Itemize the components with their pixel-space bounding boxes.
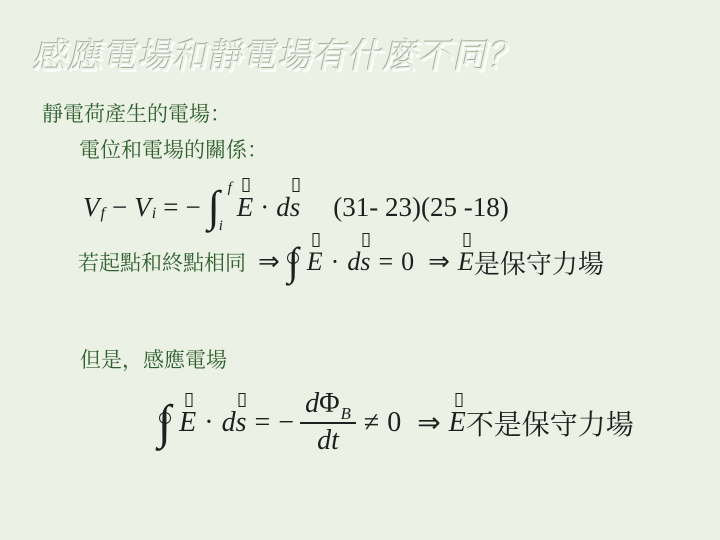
equals-sign: = xyxy=(255,407,271,439)
condition-text: 若起點和終點相同 xyxy=(78,247,246,277)
conservative-text: 是保守力場 xyxy=(474,244,604,281)
missing-glyph-box-icon xyxy=(363,233,370,247)
equals-sign: = xyxy=(163,192,178,223)
integral-upper-limit: f xyxy=(228,181,232,196)
minus-sign: − xyxy=(112,192,127,223)
implies-arrow: ⇒ xyxy=(258,247,280,277)
conservative-field-line: 若起點和終點相同 ⇒ ∫ E · ds = 0 ⇒ E 是保守力場 xyxy=(78,234,604,290)
conclusion-conservative: E 是保守力場 xyxy=(458,244,604,281)
vector-E: E xyxy=(237,192,254,223)
missing-glyph-box-icon xyxy=(464,233,471,247)
zero-value: 0 xyxy=(401,247,414,277)
dot-operator: · xyxy=(204,407,213,439)
slide-title: 感應電場和靜電場有什麼不同？ xyxy=(30,36,529,78)
equation-reference: (31- 23)(25 -18) xyxy=(333,192,508,223)
dot-operator: · xyxy=(331,247,340,277)
flux-derivative-fraction: dΦB dt xyxy=(300,389,356,457)
term-ds: ds xyxy=(222,407,247,439)
not-equal-sign: ≠ xyxy=(364,407,379,439)
zero-value: 0 xyxy=(387,407,401,439)
integral-lower-limit: i xyxy=(219,219,223,234)
vector-s: s xyxy=(290,192,301,223)
term-ds: ds xyxy=(347,247,370,277)
slide: 感應電場和靜電場有什麼不同？ 靜電荷產生的電場： 電位和電場的關係： Vf − … xyxy=(0,0,720,540)
conclusion-nonconservative: E 不是保守力場 xyxy=(449,403,634,443)
vector-E: E xyxy=(307,247,323,277)
fraction-numerator: dΦB xyxy=(300,389,356,422)
equals-sign: = xyxy=(378,247,393,277)
term-Vi: Vi xyxy=(134,192,156,223)
dot-operator: · xyxy=(260,192,269,223)
implies-arrow: ⇒ xyxy=(428,247,450,277)
contour-ring-icon xyxy=(287,252,299,264)
vector-s: s xyxy=(360,247,370,277)
equation-potential-integral: Vf − Vi = − ∫ f i E · ds (31- 23)(25 -18… xyxy=(83,178,509,236)
contour-integral-sign: ∫ xyxy=(158,399,171,447)
missing-glyph-box-icon xyxy=(455,393,462,407)
vector-E: E xyxy=(179,407,196,439)
missing-glyph-box-icon xyxy=(292,178,299,192)
implies-arrow: ⇒ xyxy=(417,406,440,440)
term-Vf: Vf xyxy=(83,192,105,223)
contour-ring-icon xyxy=(159,412,171,424)
missing-glyph-box-icon xyxy=(238,393,245,407)
vector-E: E xyxy=(449,407,466,439)
negative-sign: − xyxy=(278,407,294,439)
integral-sign-with-limits: ∫ f i xyxy=(208,185,230,229)
fraction-denominator: dt xyxy=(300,422,356,457)
nonconservative-text: 不是保守力場 xyxy=(466,403,634,443)
term-ds: ds xyxy=(276,192,300,223)
static-field-line: 靜電荷產生的電場： xyxy=(42,101,231,127)
missing-glyph-box-icon xyxy=(243,178,250,192)
but-induced-field-line: 但是，感應電場 xyxy=(80,347,227,373)
vector-E: E xyxy=(458,247,474,277)
missing-glyph-box-icon xyxy=(186,393,193,407)
vector-s: s xyxy=(236,407,247,439)
potential-relation-line: 電位和電場的關係： xyxy=(79,137,268,163)
equation-induced-field: ∫ E · ds = − dΦB dt ≠ 0 ⇒ E 不是保守力場 xyxy=(158,382,634,464)
missing-glyph-box-icon xyxy=(312,233,319,247)
negative-sign: − xyxy=(185,192,200,223)
contour-integral-sign: ∫ xyxy=(288,242,299,282)
